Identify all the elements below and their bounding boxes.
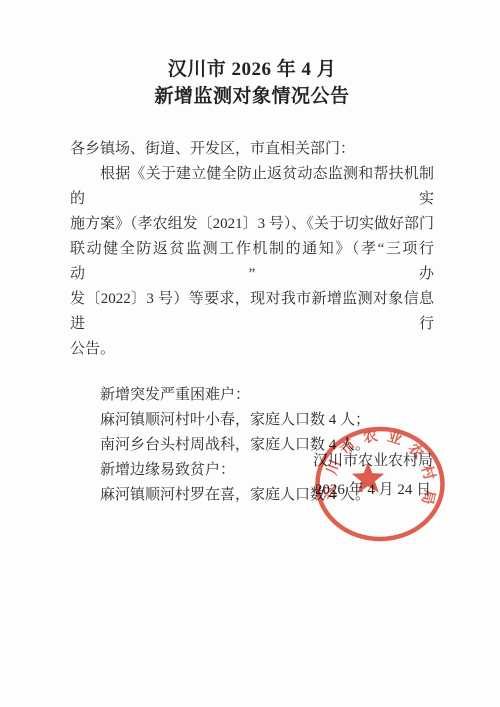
title-line-1: 汉川市 2026 年 4 月 — [70, 56, 434, 83]
title-line-2: 新增监测对象情况公告 — [70, 83, 434, 110]
paragraph-line: 发〔2022〕3 号）等要求，现对我市新增监测对象信息进行 — [70, 287, 434, 337]
document-title: 汉川市 2026 年 4 月 新增监测对象情况公告 — [70, 56, 434, 110]
paragraph-line: 联动健全防返贫监测工作机制的通知》（孝“三项行动”办 — [70, 237, 434, 287]
paragraph-line: 公告。 — [70, 337, 434, 362]
signature-org: 汉川市农业农村局 — [308, 447, 438, 476]
document-content: 汉川市 2026 年 4 月 新增监测对象情况公告 各乡镇场、街道、开发区，市直… — [70, 56, 434, 508]
notice-heading: 新增突发严重困难户： — [70, 383, 434, 408]
document-page: 汉川市 2026 年 4 月 新增监测对象情况公告 各乡镇场、街道、开发区，市直… — [0, 0, 500, 707]
notice-item: 麻河镇顺河村叶小春，家庭人口数 4 人； — [70, 408, 434, 433]
main-paragraph: 根据《关于建立健全防止返贫动态监测和帮扶机制的实 施方案》（孝农组发〔2021〕… — [70, 162, 434, 362]
signature-date: 2026 年 4 月 24 日 — [308, 476, 438, 505]
signature-block: 汉川市农业农村局 2026 年 4 月 24 日 — [308, 447, 438, 505]
paragraph-line: 根据《关于建立健全防止返贫动态监测和帮扶机制的实 — [70, 162, 434, 212]
salutation-line: 各乡镇场、街道、开发区，市直相关部门： — [70, 137, 434, 162]
paragraph-line: 施方案》（孝农组发〔2021〕3 号）、《关于切实做好部门 — [70, 212, 434, 237]
